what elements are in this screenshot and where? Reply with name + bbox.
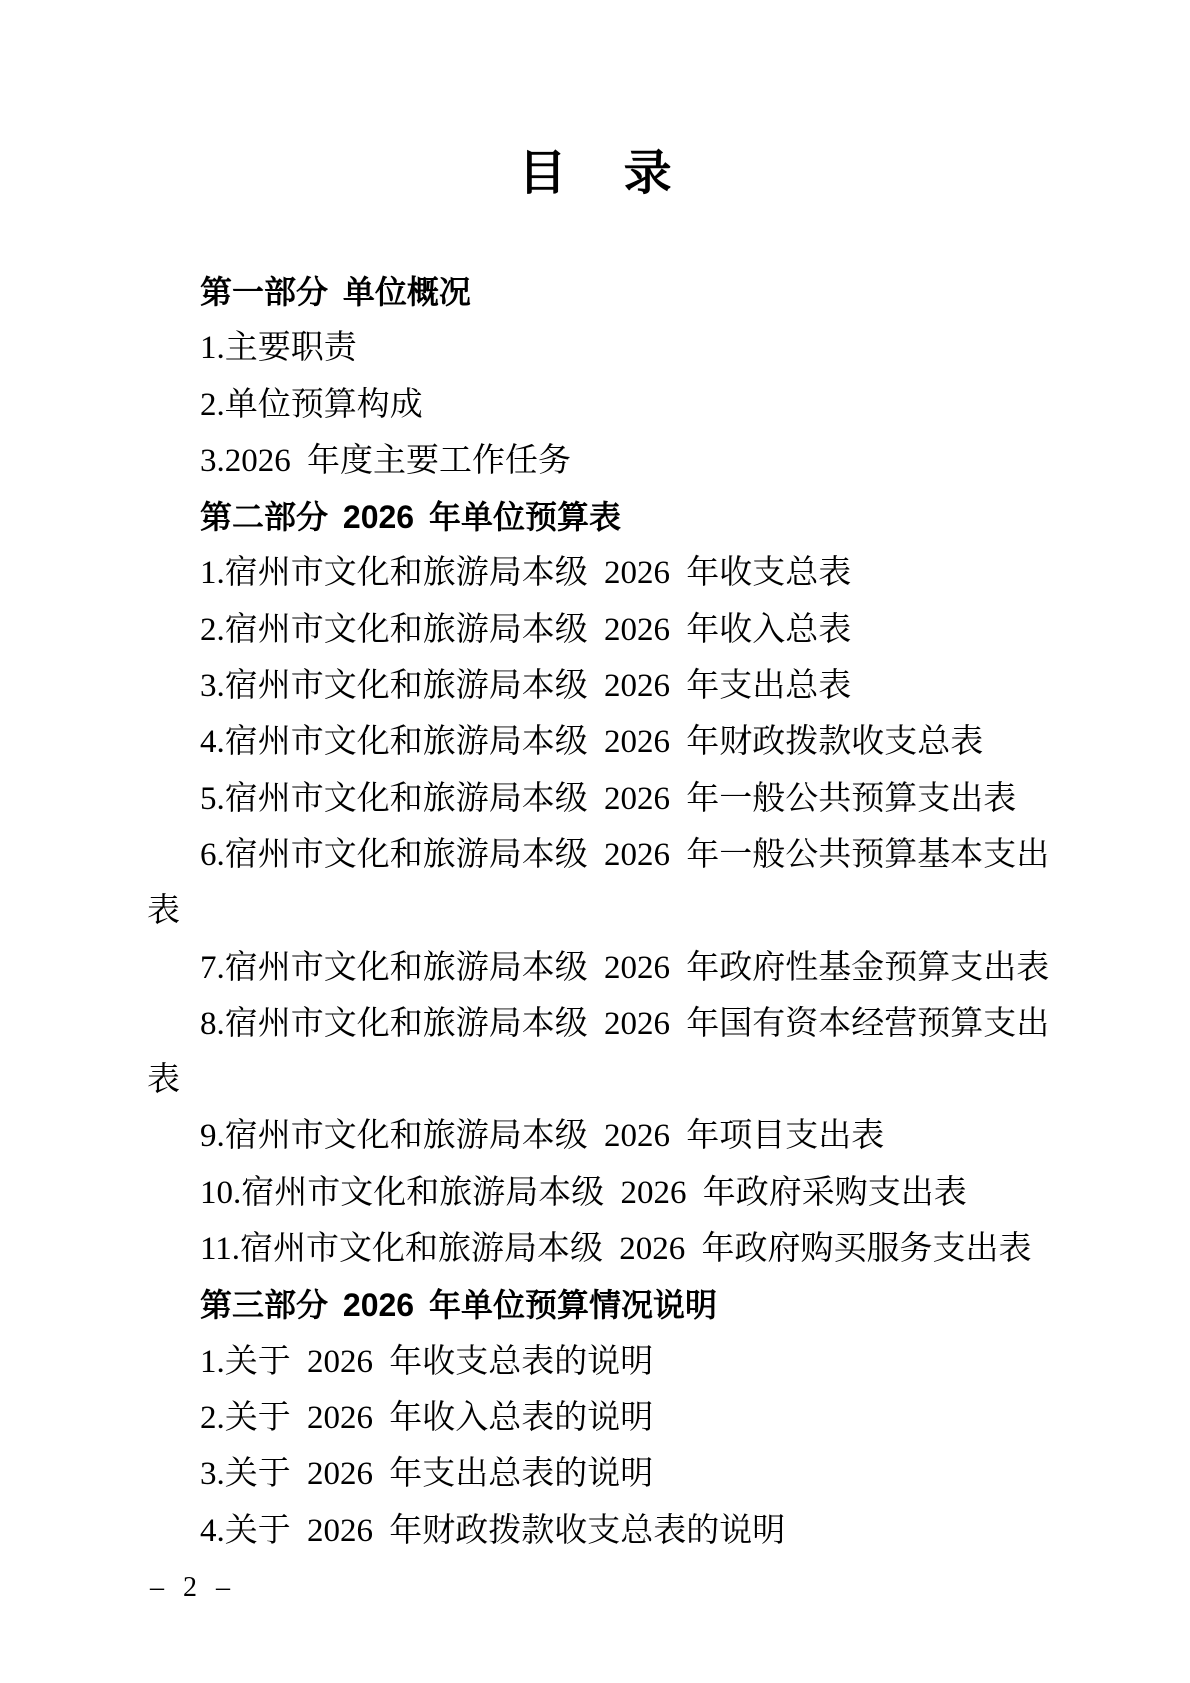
toc-item-continuation: 表 — [147, 1052, 1067, 1108]
toc-item: 3.2026 年度主要工作任务 — [147, 433, 1067, 489]
page-title: 目 录 — [0, 150, 1190, 198]
toc-list: 第一部分 单位概况 1.主要职责 2.单位预算构成 3.2026 年度主要工作任… — [147, 264, 1067, 1559]
toc-item: 9.宿州市文化和旅游局本级 2026 年项目支出表 — [147, 1108, 1067, 1164]
toc-item: 11.宿州市文化和旅游局本级 2026 年政府购买服务支出表 — [147, 1221, 1067, 1277]
toc-heading-part3: 第三部分 2026 年单位预算情况说明 — [147, 1277, 1067, 1333]
toc-item: 1.关于 2026 年收支总表的说明 — [147, 1334, 1067, 1390]
toc-heading-part2: 第二部分 2026 年单位预算表 — [147, 489, 1067, 545]
toc-item: 3.宿州市文化和旅游局本级 2026 年支出总表 — [147, 658, 1067, 714]
toc-item: 2.关于 2026 年收入总表的说明 — [147, 1390, 1067, 1446]
toc-item: 3.关于 2026 年支出总表的说明 — [147, 1446, 1067, 1502]
toc-item: 1.宿州市文化和旅游局本级 2026 年收支总表 — [147, 545, 1067, 601]
toc-item: 10.宿州市文化和旅游局本级 2026 年政府采购支出表 — [147, 1165, 1067, 1221]
toc-item: 7.宿州市文化和旅游局本级 2026 年政府性基金预算支出表 — [147, 940, 1067, 996]
toc-item: 8.宿州市文化和旅游局本级 2026 年国有资本经营预算支出 — [147, 996, 1067, 1052]
toc-item: 4.宿州市文化和旅游局本级 2026 年财政拨款收支总表 — [147, 714, 1067, 770]
toc-item: 5.宿州市文化和旅游局本级 2026 年一般公共预算支出表 — [147, 771, 1067, 827]
page-number: – 2 – — [150, 1572, 236, 1604]
toc-item: 4.关于 2026 年财政拨款收支总表的说明 — [147, 1503, 1067, 1559]
toc-item: 6.宿州市文化和旅游局本级 2026 年一般公共预算基本支出 — [147, 827, 1067, 883]
toc-item: 2.单位预算构成 — [147, 377, 1067, 433]
toc-heading-part1: 第一部分 单位概况 — [147, 264, 1067, 320]
toc-item: 2.宿州市文化和旅游局本级 2026 年收入总表 — [147, 602, 1067, 658]
toc-item-continuation: 表 — [147, 883, 1067, 939]
toc-item: 1.主要职责 — [147, 320, 1067, 376]
